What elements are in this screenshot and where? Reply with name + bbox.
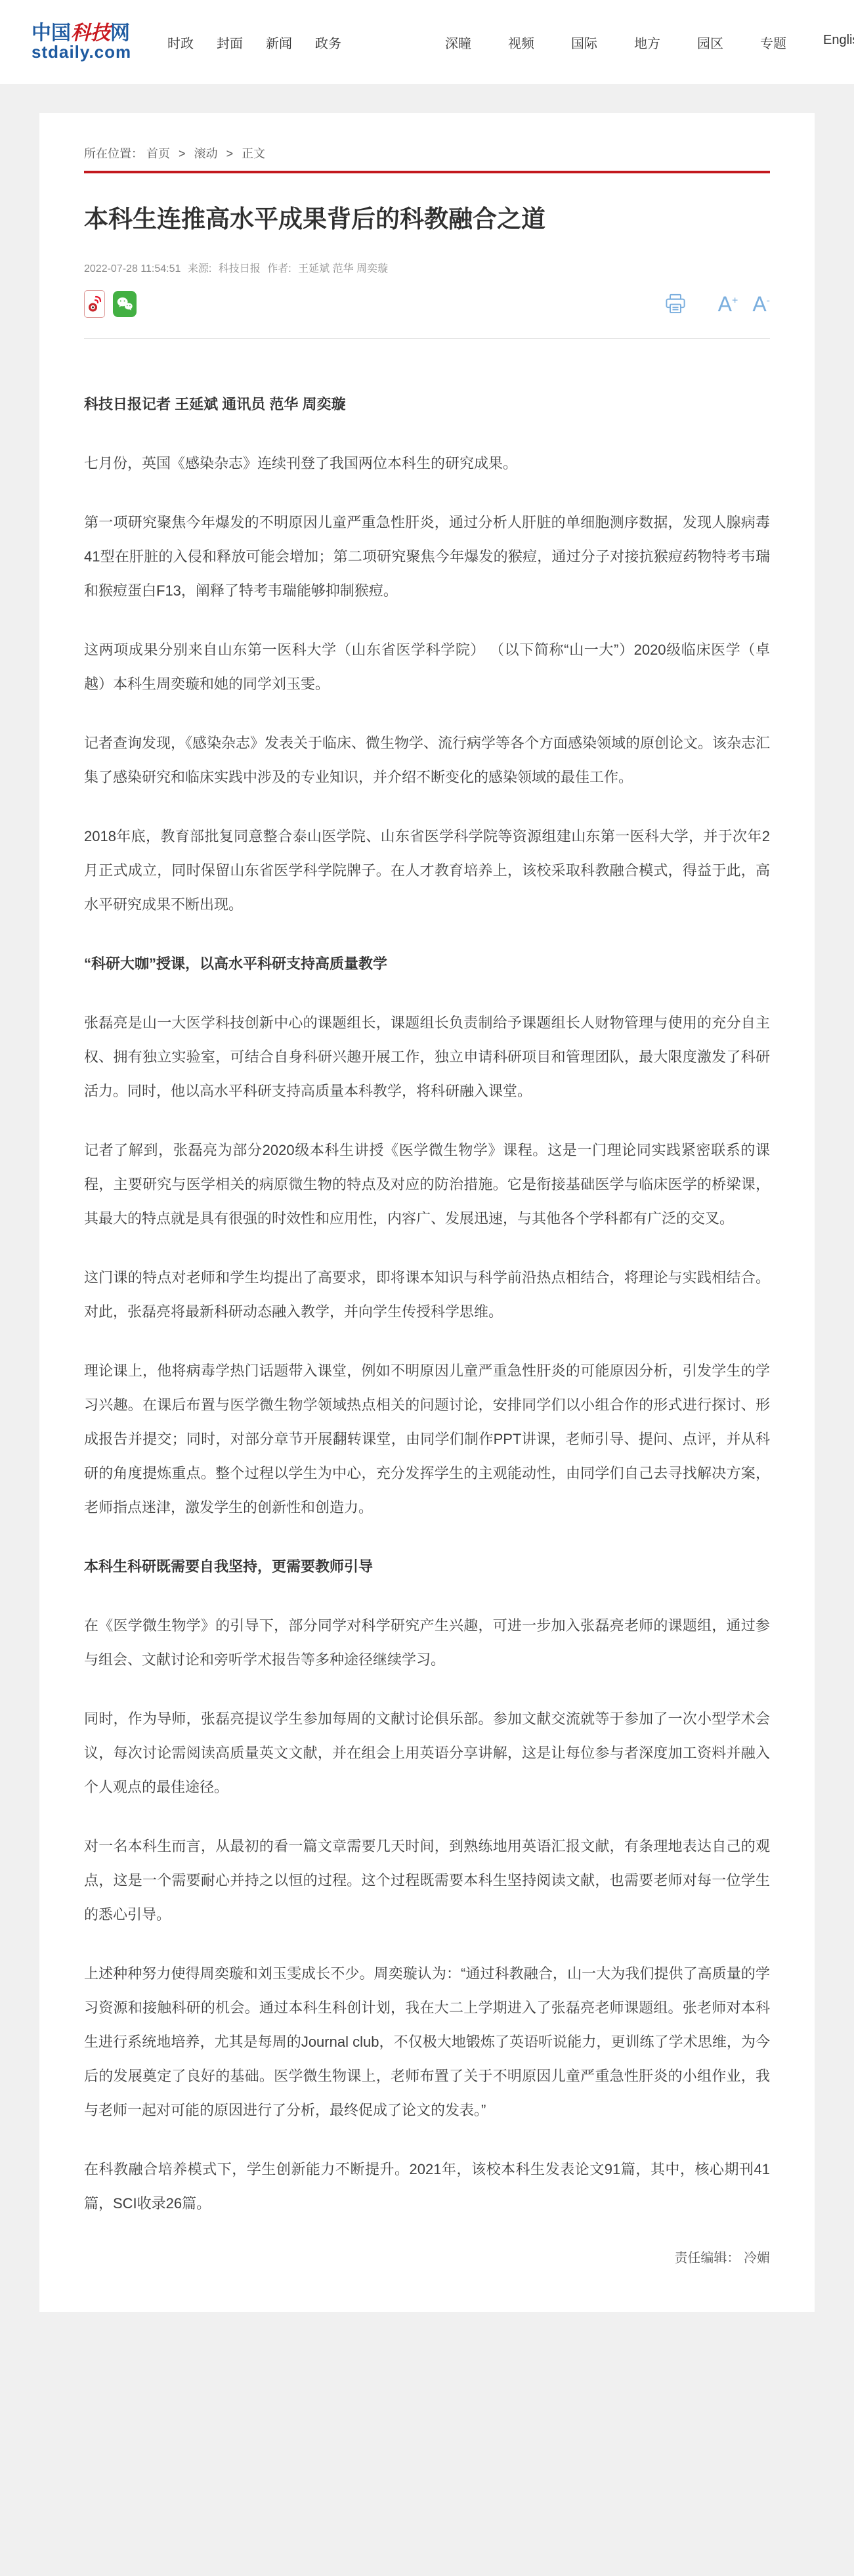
logo-cn-prefix: 中国	[32, 22, 71, 44]
publish-time: 2022-07-28 11:54:51	[84, 263, 181, 274]
author-label: 作者:	[267, 263, 291, 274]
nav-item-zhuanti[interactable]: 专题	[760, 33, 786, 52]
logo-cn-suffix: 网	[110, 22, 130, 44]
article-paragraph: 2018年底，教育部批复同意整合泰山医学院、山东省医学科学院等资源组建山东第一医…	[84, 819, 770, 922]
font-decrease-button[interactable]: A-	[752, 294, 770, 315]
nav-item-shizheng[interactable]: 时政	[167, 33, 194, 52]
nav-item-shentong[interactable]: 深瞳	[445, 33, 471, 52]
red-divider	[84, 171, 770, 173]
site-logo-domain: stdaily.com	[32, 43, 130, 61]
breadcrumb-gundong[interactable]: 滚动	[194, 147, 218, 160]
article-byline: 科技日报记者 王延斌 通讯员 范华 周奕璇	[84, 387, 770, 422]
article-paragraph: 这两项成果分别来自山东第一医科大学（山东省医学科学院） （以下简称“山一大”）2…	[84, 633, 770, 701]
article-paragraph: 理论课上，他将病毒学热门话题带入课堂，例如不明原因儿童严重急性肝炎的可能原因分析…	[84, 1354, 770, 1525]
nav-item-zhengwu[interactable]: 政务	[315, 33, 341, 52]
weibo-icon	[84, 290, 105, 318]
source-name: 科技日报	[219, 263, 261, 274]
nav-item-fengmian[interactable]: 封面	[217, 33, 243, 52]
print-button[interactable]	[664, 293, 687, 315]
nav-item-difang[interactable]: 地方	[634, 33, 660, 52]
breadcrumb: 所在位置： 首页 > 滚动 > 正文	[84, 144, 770, 162]
breadcrumb-current: 正文	[242, 147, 265, 160]
article-paragraph: 同时，作为导师，张磊亮提议学生参加每周的文献讨论俱乐部。参加文献交流就等于参加了…	[84, 1702, 770, 1804]
article-meta: 2022-07-28 11:54:51 来源: 科技日报 作者: 王延斌 范华 …	[84, 260, 770, 275]
font-decrease-letter: A	[752, 292, 766, 316]
site-logo[interactable]: 中国科技网 stdaily.com	[32, 23, 130, 62]
article-subhead: 本科生科研既需要自我坚持，更需要教师引导	[84, 1550, 770, 1584]
plus-sign: +	[732, 295, 738, 306]
article-paragraph: 记者了解到，张磊亮为部分2020级本科生讲授《医学微生物学》课程。这是一门理论同…	[84, 1133, 770, 1236]
article-paragraph: 上述种种努力使得周奕璇和刘玉雯成长不少。周奕璇认为：“通过科教融合，山一大为我们…	[84, 1957, 770, 2128]
breadcrumb-home[interactable]: 首页	[146, 147, 170, 160]
article-body: 科技日报记者 王延斌 通讯员 范华 周奕璇 七月份，英国《感染杂志》连续刊登了我…	[84, 387, 770, 2221]
main-nav: 时政 封面 新闻 政务 深瞳 视频 国际 地方 园区 专题 English	[167, 33, 854, 52]
weibo-share-button[interactable]	[84, 290, 105, 318]
article-paragraph: 这门课的特点对老师和学生均提出了高要求，即将课本知识与科学前沿热点相结合，将理论…	[84, 1261, 770, 1329]
site-header: 中国科技网 stdaily.com 时政 封面 新闻 政务 深瞳 视频 国际 地…	[0, 0, 854, 84]
logo-cn-brand: 科技	[71, 22, 110, 44]
article-paragraph: 对一名本科生而言，从最初的看一篇文章需要几天时间，到熟练地用英语汇报文献，有条理…	[84, 1829, 770, 1932]
article-toolbar: A+ A-	[84, 290, 770, 318]
page-background: 所在位置： 首页 > 滚动 > 正文 本科生连推高水平成果背后的科教融合之道 2…	[0, 84, 854, 2315]
nav-item-xinwen[interactable]: 新闻	[266, 33, 292, 52]
nav-item-yuanqu[interactable]: 园区	[697, 33, 723, 52]
article-paragraph: 张磊亮是山一大医学科技创新中心的课题组长，课题组长负责制给予课题组长人财物管理与…	[84, 1006, 770, 1108]
editor-label: 责任编辑：	[674, 2251, 740, 2265]
page-title: 本科生连推高水平成果背后的科教融合之道	[84, 202, 770, 236]
breadcrumb-separator: >	[179, 147, 186, 160]
article-paragraph: 第一项研究聚焦今年爆发的不明原因儿童严重急性肝炎，通过分析人肝脏的单细胞测序数据…	[84, 506, 770, 608]
toolbar-right: A+ A-	[664, 293, 770, 315]
site-logo-cn: 中国科技网	[32, 23, 130, 44]
wechat-icon	[113, 291, 137, 317]
article-card: 所在位置： 首页 > 滚动 > 正文 本科生连推高水平成果背后的科教融合之道 2…	[39, 113, 815, 2312]
nav-item-english[interactable]: English	[823, 33, 854, 52]
wechat-share-button[interactable]	[113, 291, 137, 317]
author-names: 王延斌 范华 周奕璇	[298, 263, 388, 274]
editor-name: 冷媚	[744, 2251, 770, 2265]
font-increase-letter: A	[718, 292, 732, 316]
article-paragraph: 七月份，英国《感染杂志》连续刊登了我国两位本科生的研究成果。	[84, 447, 770, 481]
nav-item-shipin[interactable]: 视频	[508, 33, 534, 52]
font-increase-button[interactable]: A+	[718, 294, 738, 315]
article-subhead: “科研大咖”授课，以高水平科研支持高质量教学	[84, 947, 770, 981]
article-paragraph: 在《医学微生物学》的引导下，部分同学对科学研究产生兴趣，可进一步加入张磊亮老师的…	[84, 1609, 770, 1677]
article-paragraph: 记者查询发现，《感染杂志》发表关于临床、微生物学、流行病学等各个方面感染领域的原…	[84, 726, 770, 795]
minus-sign: -	[767, 295, 770, 306]
breadcrumb-separator: >	[226, 147, 234, 160]
breadcrumb-label: 所在位置：	[84, 147, 143, 160]
printer-icon	[664, 293, 687, 315]
nav-item-guoji[interactable]: 国际	[571, 33, 597, 52]
article-paragraph: 在科教融合培养模式下，学生创新能力不断提升。2021年，该校本科生发表论文91篇…	[84, 2152, 770, 2221]
content-divider	[84, 338, 770, 339]
editor-line: 责任编辑： 冷媚	[84, 2247, 770, 2266]
source-label: 来源:	[188, 263, 211, 274]
